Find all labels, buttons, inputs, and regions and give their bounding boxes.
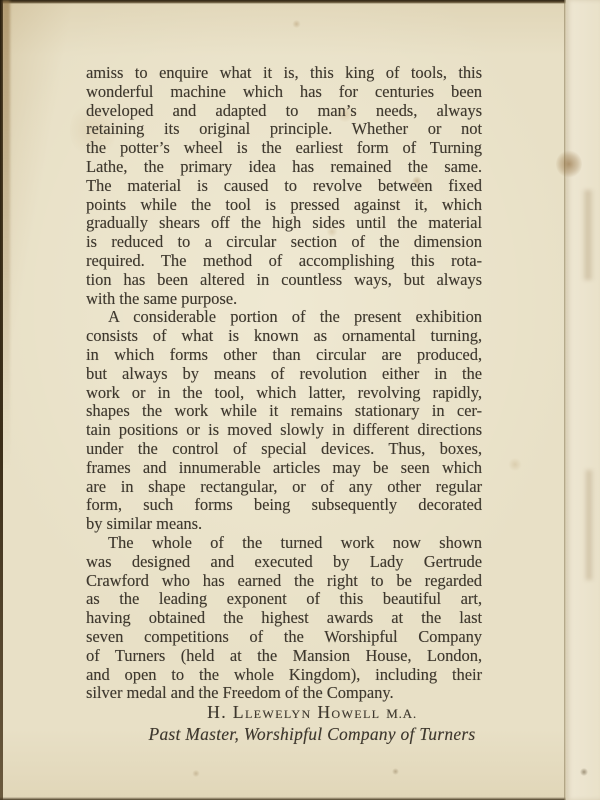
text-line: Lathe, the primary idea has remained the… <box>86 158 482 177</box>
body-text: amiss to enquire what it is, this king o… <box>86 64 482 703</box>
text-line: The whole of the turned work now shown <box>86 534 482 553</box>
text-line: shapes the work while it remains station… <box>86 402 482 421</box>
scan-edge-top <box>0 0 600 4</box>
text-line: as the leading exponent of this beautifu… <box>86 590 482 609</box>
text-line: was designed and executed by Lady Gertru… <box>86 553 482 572</box>
text-line: developed and adapted to man’s needs, al… <box>86 102 482 121</box>
signature-postnominal: M.A. <box>386 706 417 721</box>
text-line: wonderful machine which has for centurie… <box>86 83 482 102</box>
text-line: retaining its original principle. Whethe… <box>86 120 482 139</box>
smudge-streak <box>582 190 594 280</box>
text-line: tain positions or is moved slowly in dif… <box>86 421 482 440</box>
signature-role: Past Master, Worshipful Company of Turne… <box>86 724 482 744</box>
text-line: amiss to enquire what it is, this king o… <box>86 64 482 83</box>
text-line: required. The method of accomplishing th… <box>86 252 482 271</box>
signature-block: H. Llewelyn Howell M.A. Past Master, Wor… <box>86 702 482 744</box>
text-line: Crawford who has earned the right to be … <box>86 572 482 591</box>
signature-name-text: H. Llewelyn Howell <box>207 702 380 722</box>
text-line: is reduced to a circular section of the … <box>86 233 482 252</box>
text-line: tion has been altered in countless ways,… <box>86 271 482 290</box>
text-line: consists of what is known as ornamental … <box>86 327 482 346</box>
text-line: seven competitions of the Worshipful Com… <box>86 628 482 647</box>
text-line: silver medal and the Freedom of the Comp… <box>86 684 482 703</box>
text-line: frames and innumerable articles may be s… <box>86 459 482 478</box>
stain <box>292 20 301 28</box>
text-line: in which forms other than circular are p… <box>86 346 482 365</box>
stain <box>392 768 399 775</box>
text-line: the potter’s wheel is the earliest form … <box>86 139 482 158</box>
page-crease <box>564 0 566 800</box>
text-line: work or in the tool, which latter, revol… <box>86 384 482 403</box>
signature-name: H. Llewelyn Howell M.A. <box>86 702 482 724</box>
text-line: but always by means of revolution either… <box>86 365 482 384</box>
text-line: gradually shears off the high sides unti… <box>86 214 482 233</box>
text-line: with the same purpose. <box>86 290 482 309</box>
text-line: The material is caused to revolve betwee… <box>86 177 482 196</box>
text-line: under the control of special devices. Th… <box>86 440 482 459</box>
text-line: form, such forms being subsequently deco… <box>86 496 482 515</box>
text-line: points while the tool is pressed against… <box>86 196 482 215</box>
stain <box>508 458 522 471</box>
text-line: are in shape rectangular, or of any othe… <box>86 478 482 497</box>
text-line: by similar means. <box>86 515 482 534</box>
smudge-streak <box>584 470 594 580</box>
text-line: A considerable portion of the present ex… <box>86 308 482 327</box>
scan-edge-left-band <box>2 0 10 470</box>
page-edge-strip <box>566 0 600 800</box>
stain <box>192 770 200 777</box>
text-line: having obtained the highest awards at th… <box>86 609 482 628</box>
text-line: of Turners (held at the Mansion House, L… <box>86 647 482 666</box>
book-page: amiss to enquire what it is, this king o… <box>0 0 600 800</box>
text-line: and open to the whole Kingdom), includin… <box>86 666 482 685</box>
